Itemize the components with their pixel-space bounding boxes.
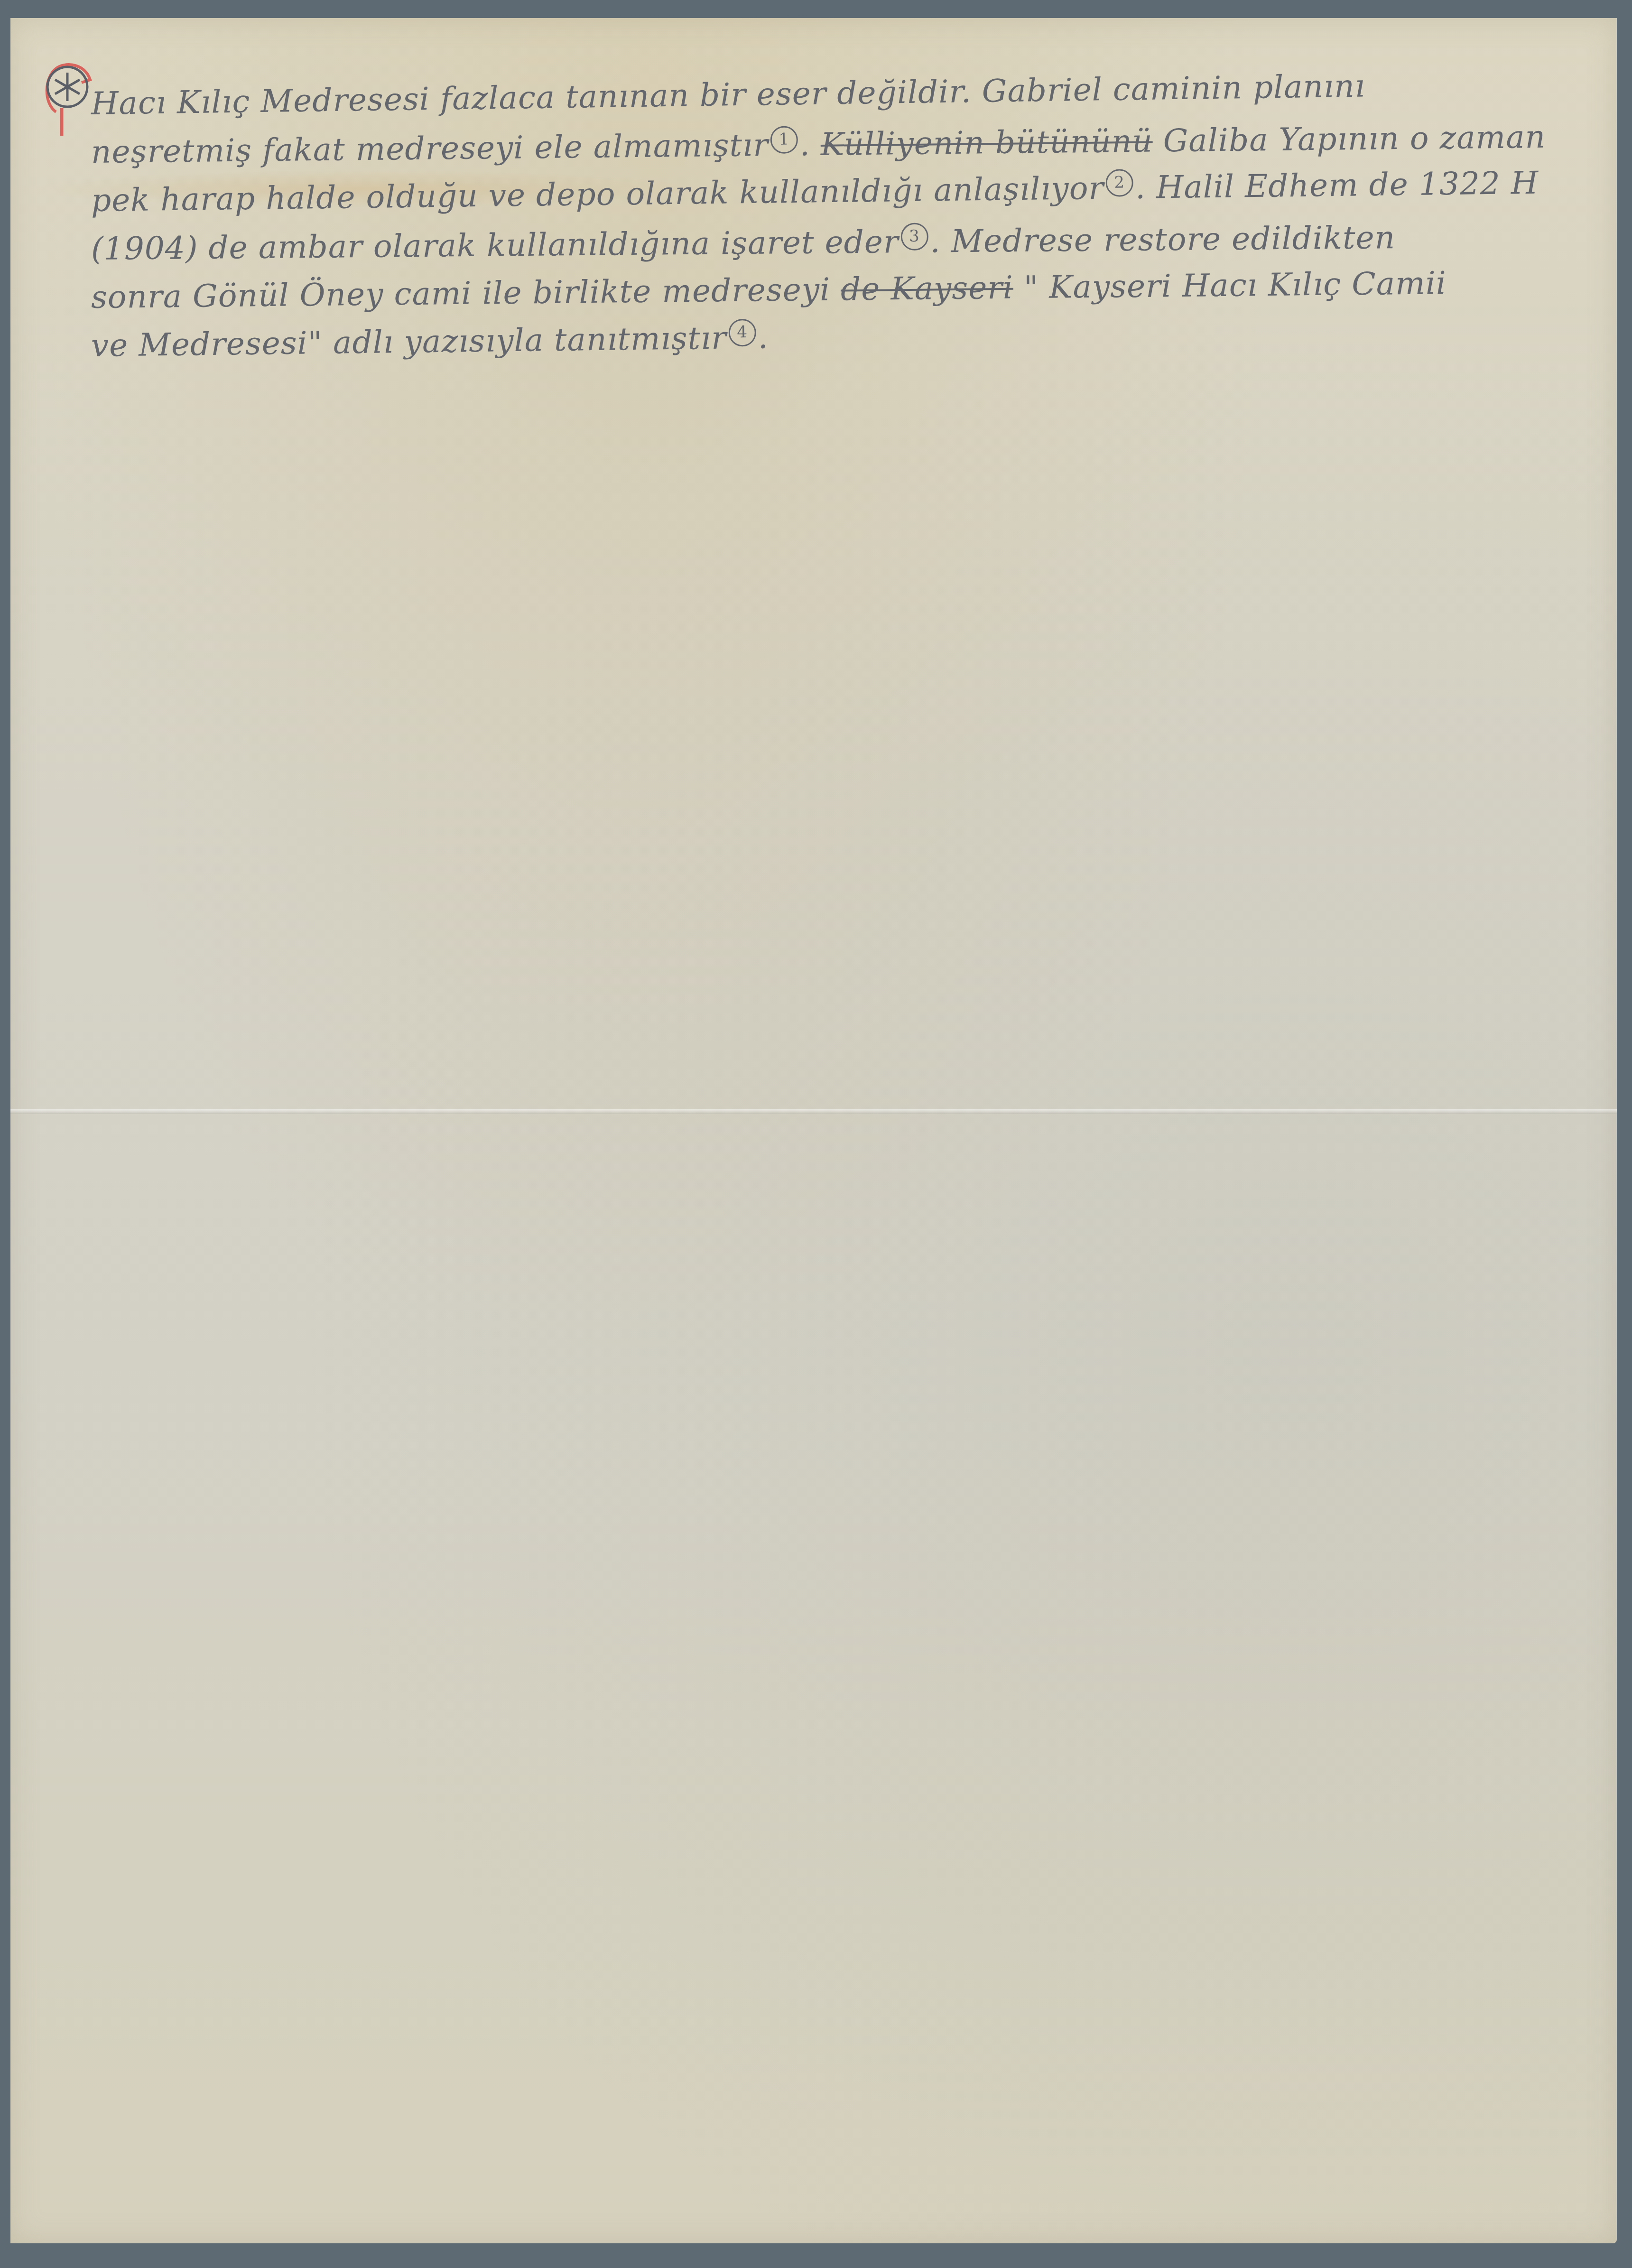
manuscript-page: Hacı Kılıç Medresesi fazlaca tanınan bir… (10, 18, 1617, 2243)
line-text: pek harap halde olduğu ve depo olarak ku… (91, 170, 1104, 219)
line-text: sonra Gönül Öney cami ile birlikte medre… (91, 271, 841, 316)
footnote-marker: 3 (900, 223, 928, 251)
footnote-marker: 1 (770, 126, 798, 154)
line-text: . Halil Edhem de 1322 H (1135, 165, 1539, 206)
line-text: . (758, 319, 769, 356)
line-text: . Medrese restore edildikten (930, 219, 1395, 260)
line-text: Hacı Kılıç Medresesi fazlaca tanınan bir… (91, 68, 1365, 122)
circled-asterisk-marker-icon (43, 51, 95, 137)
line-text: " Kayseri Hacı Kılıç Camii (1013, 265, 1447, 306)
paper-fold-line (10, 1109, 1617, 1114)
footnote-marker: 2 (1105, 169, 1133, 197)
line-text: Galiba Yapının o zaman (1152, 119, 1546, 159)
footnote-marker: 4 (728, 319, 756, 347)
line-text: . (799, 126, 821, 163)
line-text: ve Medresesi" adlı yazısıyla tanıtmıştır (91, 320, 727, 364)
handwritten-text-block: Hacı Kılıç Medresesi fazlaca tanınan bir… (91, 80, 1586, 370)
line-text: neşretmiş fakat medreseyi ele almamıştır (91, 127, 769, 170)
struck-text: de Kayseri (841, 270, 1014, 308)
struck-text: Külliyenin bütününü (820, 123, 1153, 163)
line-text: (1904) de ambar olarak kullanıldığına iş… (91, 223, 899, 267)
